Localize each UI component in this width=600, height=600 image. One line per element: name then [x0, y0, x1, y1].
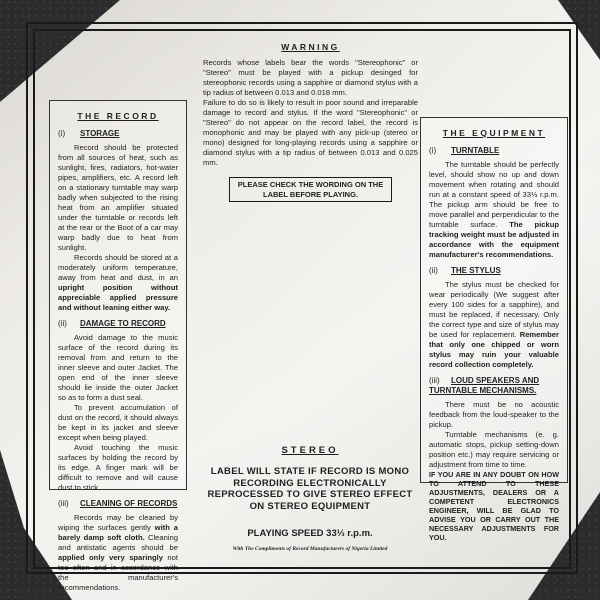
loudspeaker-paragraph-2: Turntable mechanisms (e. g. automatic st…: [429, 430, 559, 470]
section-heading-damage: (ii)DAMAGE TO RECORD: [58, 319, 178, 329]
section-label: DAMAGE TO RECORD: [80, 319, 166, 328]
warning-title: WARNING: [203, 42, 418, 52]
record-panel-title: THE RECORD: [58, 111, 178, 121]
section-heading-stylus: (ii)THE STYLUS: [429, 266, 559, 276]
damage-paragraph-2: To prevent accumulation of dust on the r…: [58, 403, 178, 443]
cleaning-emphasis: applied only very sparingly: [58, 553, 163, 562]
section-number: (iii): [429, 376, 451, 386]
equipment-panel-title: THE EQUIPMENT: [429, 128, 559, 138]
warning-section: WARNING Records whose labels bear the wo…: [203, 42, 418, 202]
section-number: (i): [58, 129, 80, 139]
warning-paragraph-1: Records whose labels bear the words "Ste…: [203, 58, 418, 98]
section-label: CLEANING OF RECORDS: [80, 499, 177, 508]
storage-emphasis: upright position without appreciable app…: [58, 283, 178, 312]
stylus-paragraph: The stylus must be checked for wear peri…: [429, 280, 559, 370]
advice-notice: IF YOU ARE IN ANY DOUBT ON HOW TO ATTEND…: [429, 470, 559, 542]
damage-paragraph-3: Avoid touching the music surfaces by hol…: [58, 443, 178, 493]
stereo-section: STEREO LABEL WILL STATE IF RECORD IS MON…: [205, 445, 415, 552]
section-number: (i): [429, 146, 451, 156]
section-number: (ii): [58, 319, 80, 329]
storage-paragraph-1: Record should be protected from all sour…: [58, 143, 178, 253]
section-label: THE STYLUS: [451, 266, 501, 275]
section-number: (ii): [429, 266, 451, 276]
the-record-panel: THE RECORD (i)STORAGE Record should be p…: [49, 100, 187, 490]
compliments-line: With The Compliments of Record Manufactu…: [205, 546, 415, 552]
storage-paragraph-2: Records should be stored at a moderately…: [58, 253, 178, 313]
stereo-title: STEREO: [205, 445, 415, 456]
section-label: STORAGE: [80, 129, 119, 138]
section-heading-loudspeakers: (iii)LOUD SPEAKERS AND TURNTABLE MECHANI…: [429, 376, 559, 396]
check-label-notice: PLEASE CHECK THE WORDING ON THE LABEL BE…: [229, 177, 392, 202]
turntable-paragraph: The turntable should be perfectly level,…: [429, 160, 559, 260]
section-heading-turntable: (i)TURNTABLE: [429, 146, 559, 156]
storage-text: Records should be stored at a moderately…: [58, 253, 178, 282]
section-label: TURNTABLE: [451, 146, 499, 155]
section-number: (iii): [58, 499, 80, 509]
warning-paragraph-2: Failure to do so is likely to result in …: [203, 98, 418, 168]
section-heading-storage: (i)STORAGE: [58, 129, 178, 139]
the-equipment-panel: THE EQUIPMENT (i)TURNTABLE The turntable…: [420, 117, 568, 483]
playing-speed: PLAYING SPEED 33⅓ r.p.m.: [205, 528, 415, 539]
loudspeaker-paragraph-1: There must be no acoustic feedback from …: [429, 400, 559, 430]
damage-paragraph-1: Avoid damage to the music surface of the…: [58, 333, 178, 403]
section-heading-cleaning: (iii)CLEANING OF RECORDS: [58, 499, 178, 509]
turntable-text: The turntable should be perfectly level,…: [429, 160, 559, 229]
cleaning-paragraph: Records may be cleaned by wiping the sur…: [58, 513, 178, 593]
stereo-notice: LABEL WILL STATE IF RECORD IS MONO RECOR…: [205, 466, 415, 512]
